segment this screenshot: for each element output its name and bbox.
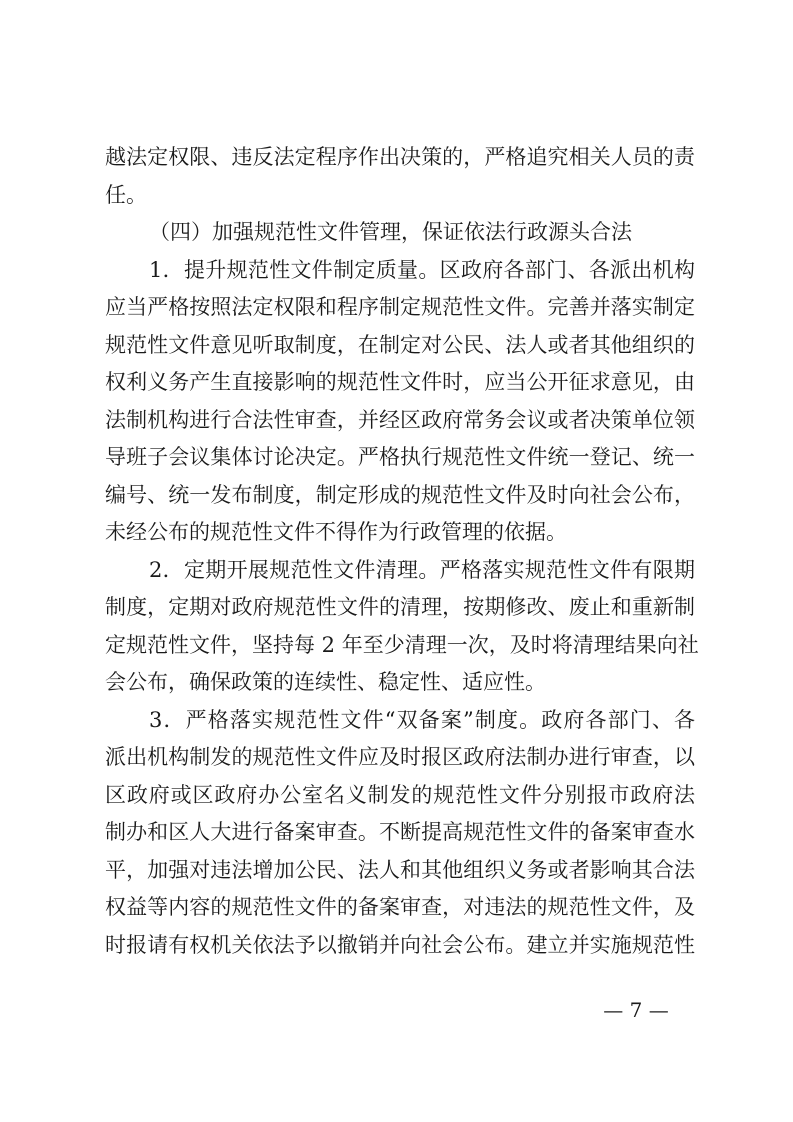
- text-line: 编号、统一发布制度，制定形成的规范性文件及时向社会公布，: [105, 477, 695, 515]
- document-page: 越法定权限、违反法定程序作出决策的，严格追究相关人员的责 任。 （四）加强规范性…: [0, 0, 793, 1122]
- text-line: 规范性文件意见听取制度，在制定对公民、法人或者其他组织的: [105, 327, 695, 365]
- text-line: 定规范性文件，坚持每 2 年至少清理一次，及时将清理结果向社: [105, 627, 695, 665]
- paragraph-start: 2．定期开展规范性文件清理。严格落实规范性文件有限期: [105, 552, 695, 590]
- text-line: 法制机构进行合法性审查，并经区政府常务会议或者决策单位领: [105, 402, 695, 440]
- text-line: 区政府或区政府办公室名义制发的规范性文件分别报市政府法: [105, 777, 695, 815]
- text-line: 制办和区人大进行备案审查。不断提高规范性文件的备案审查水: [105, 814, 695, 852]
- text-line: 权益等内容的规范性文件的备案审查，对违法的规范性文件，及: [105, 889, 695, 927]
- text-line: 派出机构制发的规范性文件应及时报区政府法制办进行审查，以: [105, 739, 695, 777]
- text-line: 平，加强对违法增加公民、法人和其他组织义务或者影响其合法: [105, 852, 695, 890]
- text-line: 导班子会议集体讨论决定。严格执行规范性文件统一登记、统一: [105, 439, 695, 477]
- body-text: 越法定权限、违反法定程序作出决策的，严格追究相关人员的责 任。 （四）加强规范性…: [105, 139, 695, 964]
- text-line: 制度，定期对政府规范性文件的清理，按期修改、废止和重新制: [105, 589, 695, 627]
- text-line: 应当严格按照法定权限和程序制定规范性文件。完善并落实制定: [105, 289, 695, 327]
- text-line: 越法定权限、违反法定程序作出决策的，严格追究相关人员的责: [105, 139, 695, 177]
- paragraph-start: 1．提升规范性文件制定质量。区政府各部门、各派出机构: [105, 252, 695, 290]
- page-number: — 7 —: [600, 996, 672, 1024]
- section-heading: （四）加强规范性文件管理，保证依法行政源头合法: [105, 214, 695, 252]
- text-line: 时报请有权机关依法予以撤销并向社会公布。建立并实施规范性: [105, 927, 695, 965]
- paragraph-start: 3．严格落实规范性文件“双备案”制度。政府各部门、各: [105, 702, 695, 740]
- text-line: 任。: [105, 177, 695, 215]
- text-line: 会公布，确保政策的连续性、稳定性、适应性。: [105, 664, 695, 702]
- text-line: 权利义务产生直接影响的规范性文件时，应当公开征求意见，由: [105, 364, 695, 402]
- text-line: 未经公布的规范性文件不得作为行政管理的依据。: [105, 514, 695, 552]
